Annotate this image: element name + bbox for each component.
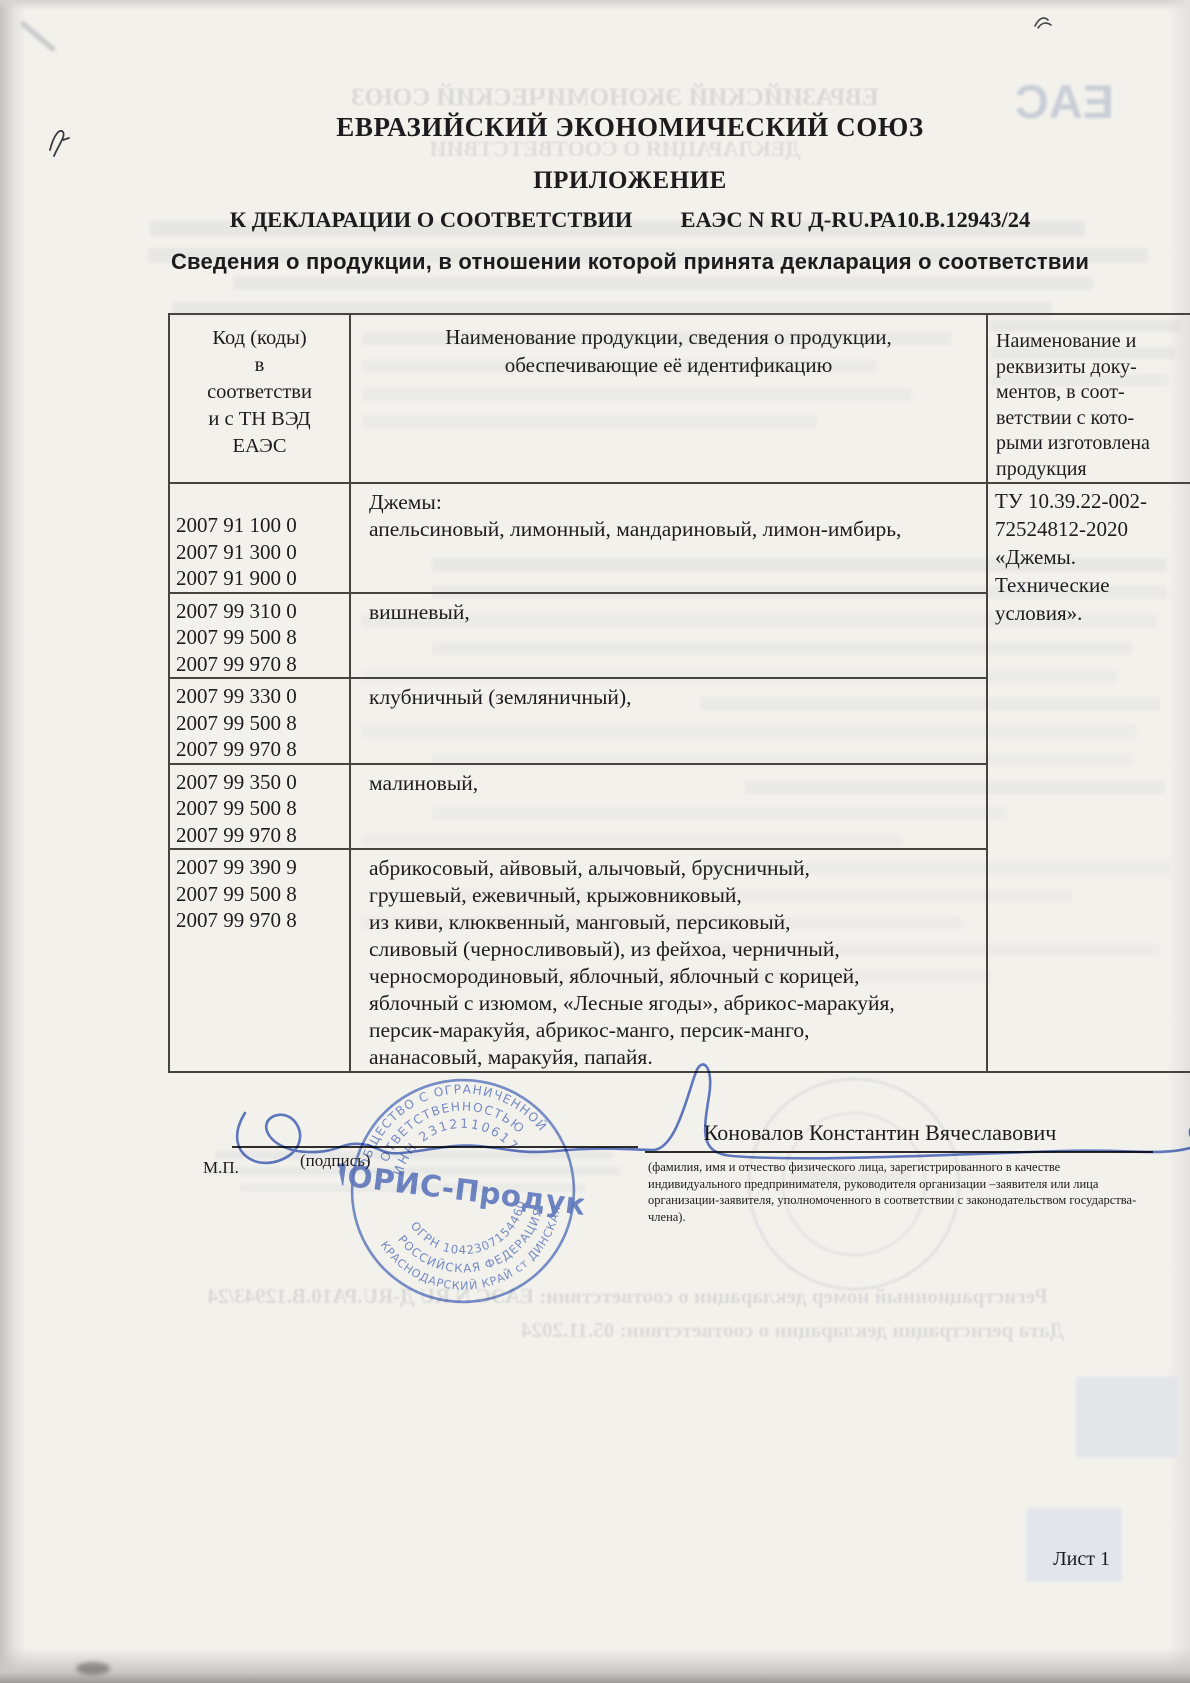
product-cell: Джемы: апельсиновый, лимонный, мандарино… [350,483,987,593]
product-cell: клубничный (земляничный), [350,678,987,764]
document-reference-cell: ТУ 10.39.22-002- 72524812-2020 «Джемы. Т… [987,483,1190,1072]
scan-edge-top [0,0,1190,10]
products-table: Код (коды) в соответстви и с ТН ВЭД ЕАЭС… [168,313,1190,1073]
ink-speck [1032,12,1054,32]
appendix-title: ПРИЛОЖЕНИЕ [80,167,1180,195]
codes-cell: 2007 99 390 9 2007 99 500 8 2007 99 970 … [169,849,350,1072]
pen-mark [46,126,72,160]
table-header-product: Наименование продукции, сведения о проду… [350,314,987,483]
table-row: 2007 91 100 0 2007 91 300 0 2007 91 900 … [169,483,1190,593]
declaration-number: ЕАЭС N RU Д-RU.РА10.В.12943/24 [680,207,1030,233]
product-cell: вишневый, [350,593,987,679]
table-header-codes: Код (коды) в соответстви и с ТН ВЭД ЕАЭС [169,314,350,483]
codes-cell: 2007 91 100 0 2007 91 300 0 2007 91 900 … [169,483,350,593]
qr-bleedthrough-block [1076,1376,1178,1458]
bleedthrough-title: ЕВРАЗИЙСКИЙ ЭКОНОМИЧЕСКИЙ СОЮЗ [225,84,1005,112]
scan-edge-bottom [0,1648,1190,1683]
handwritten-signature [190,1058,1190,1208]
declaration-label: К ДЕКЛАРАЦИИ О СООТВЕТСТВИИ [230,207,633,233]
bleedthrough-line [233,276,1093,290]
codes-cell: 2007 99 350 0 2007 99 500 8 2007 99 970 … [169,764,350,850]
product-cell: абрикосовый, айвовый, алычовый, брусничн… [350,849,987,1072]
table-header-documents: Наименование и реквизиты доку- ментов, в… [987,314,1190,483]
declaration-line: К ДЕКЛАРАЦИИ О СООТВЕТСТВИИ ЕАЭС N RU Д-… [80,207,1180,233]
bleedthrough-reg-number: Регистрационный номер декларации о соотв… [115,1284,1140,1309]
section-heading: Сведения о продукции, в отношении которо… [80,249,1180,275]
product-cell: малиновый, [350,764,987,850]
scan-edge-left [0,0,26,1683]
codes-cell: 2007 99 330 0 2007 99 500 8 2007 99 970 … [169,678,350,764]
bleedthrough-reg-date: Дата регистрации декларации о соответств… [450,1318,1135,1343]
sheet-label: Лист 1 [940,1548,1110,1571]
scan-smudge [76,1662,110,1675]
codes-cell: 2007 99 310 0 2007 99 500 8 2007 99 970 … [169,593,350,679]
page-title: ЕВРАЗИЙСКИЙ ЭКОНОМИЧЕСКИЙ СОЮЗ [80,112,1180,143]
